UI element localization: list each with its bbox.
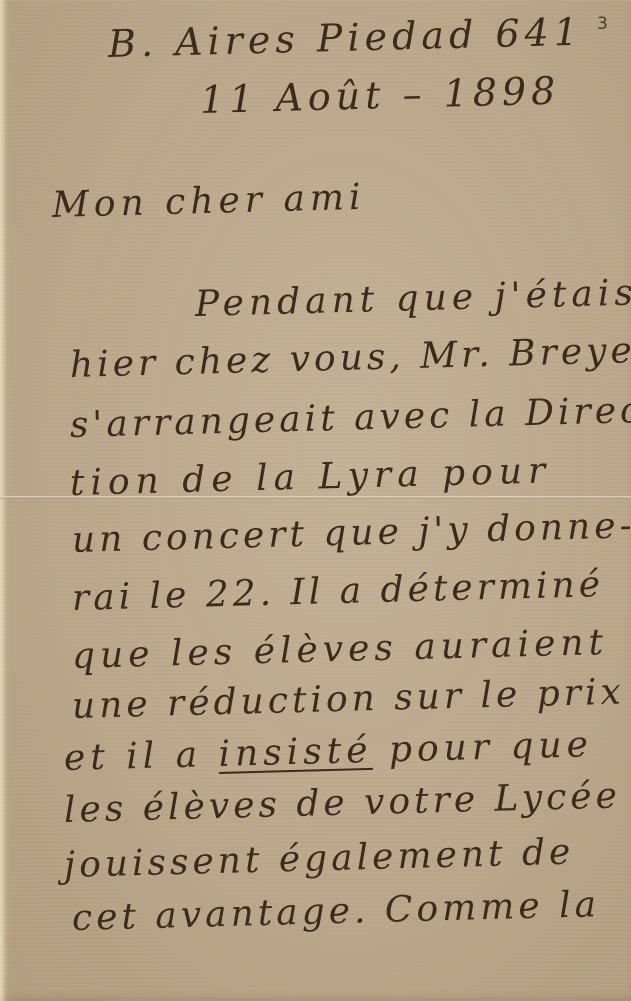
body-line-9: et il a insisté pour que <box>63 724 593 779</box>
body-line-10: les élèves de votre Lycée <box>63 775 621 831</box>
body-line-3: s'arrangeait avec la Direc- <box>69 390 631 446</box>
letter-address: B. Aires Piedad 641 <box>107 10 583 66</box>
letter-date: 11 Août – 1898 <box>199 69 560 122</box>
body-line-9-start: et il a <box>63 734 202 779</box>
body-line-9-end: pour que <box>388 724 593 770</box>
letter-salutation: Mon cher ami <box>51 177 366 226</box>
body-line-8: une réduction sur le prix <box>71 672 625 727</box>
paper-edge <box>0 0 6 1001</box>
letter-page: 3 B. Aires Piedad 641 11 Août – 1898 Mon… <box>0 0 631 1001</box>
body-line-2: hier chez vous, Mr. Breyer <box>69 330 631 386</box>
body-line-11: jouissent également de <box>63 832 574 886</box>
underlined-word-insiste: insisté <box>218 730 373 775</box>
body-line-7: que les élèves auraient <box>71 622 608 677</box>
page-number: 3 <box>597 14 608 34</box>
body-line-6: rai le 22. Il a déterminé <box>71 564 604 619</box>
body-line-12: cet avantage. Comme la <box>71 884 600 939</box>
body-line-1: Pendant que j'étais <box>194 272 631 325</box>
body-line-5: un concert que j'y donne- <box>71 505 631 561</box>
